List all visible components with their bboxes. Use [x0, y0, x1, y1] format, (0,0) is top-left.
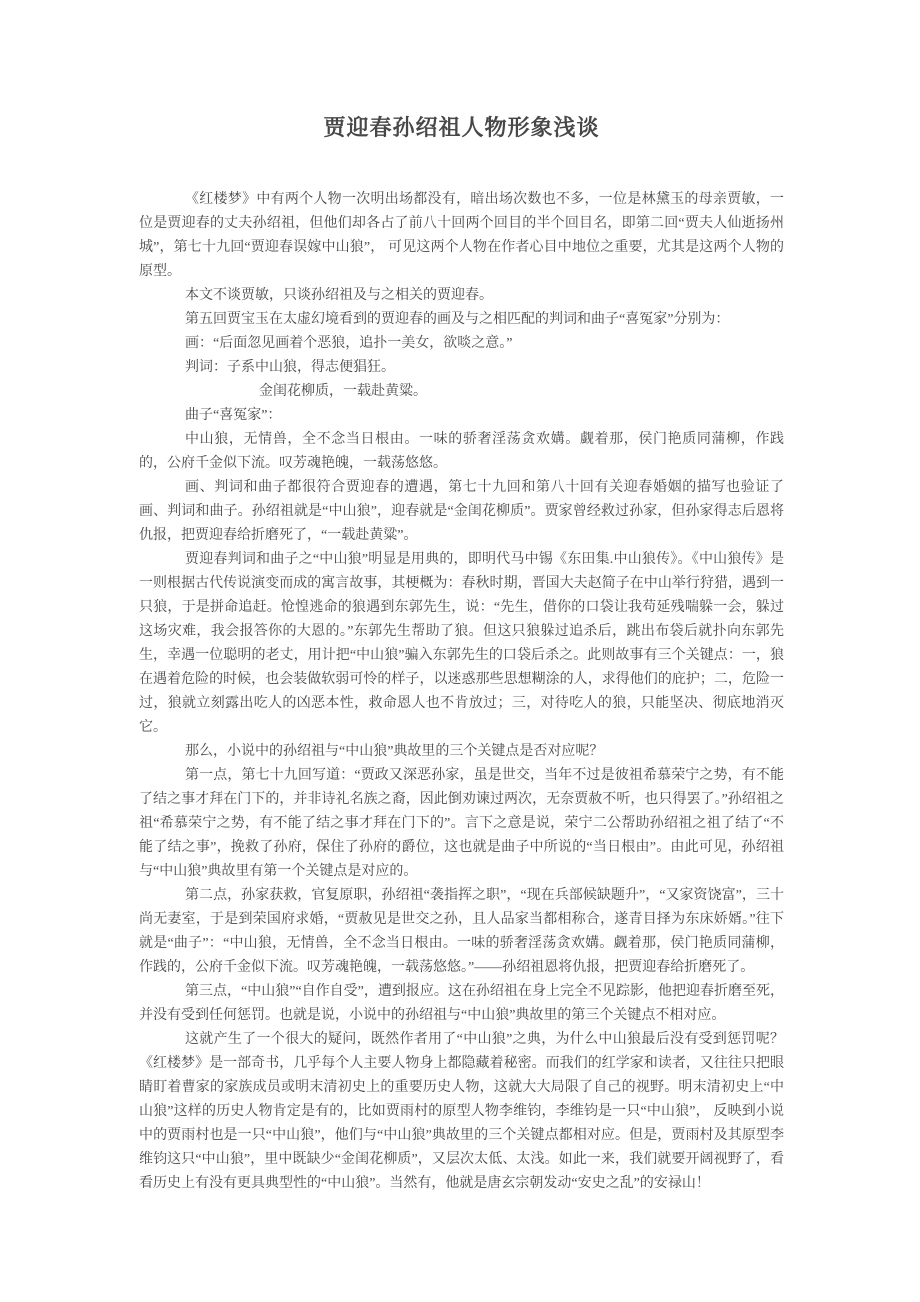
paragraph: 第三点，“中山狼”“自作自受”，遭到报应。这在孙绍祖在身上完全不见踪影，他把迎春… — [139, 980, 784, 1028]
paragraph: 那么，小说中的孙绍祖与“中山狼”典故里的三个关键点是否对应呢？ — [139, 740, 784, 764]
paragraph: 本文不谈贾敏，只谈孙绍祖及与之相关的贾迎春。 — [139, 284, 784, 308]
paragraph: 这就产生了一个很大的疑问，既然作者用了“中山狼”之典，为什么中山狼最后没有受到惩… — [139, 1028, 784, 1196]
document-page: 贾迎春孙绍祖人物形象浅谈 《红楼梦》中有两个人物一次明出场都没有，暗出场次数也不… — [0, 0, 920, 1302]
paragraph: 第一点，第七十九回写道：“贾政又深恶孙家，虽是世交，当年不过是彼祖希慕荣宁之势，… — [139, 764, 784, 884]
document-title: 贾迎春孙绍祖人物形象浅谈 — [139, 112, 784, 144]
paragraph-verse-line: 金闺花柳质，一载赴黄粱。 — [139, 380, 784, 404]
paragraph: 贾迎春判词和曲子之“中山狼”明显是用典的，即明代马中锡《东田集.中山狼传》。《中… — [139, 548, 784, 740]
paragraph: 第二点，孙家获救，官复原职，孙绍祖“袭指挥之职”，“现在兵部候缺题升”，“又家资… — [139, 884, 784, 980]
paragraph: 画、判词和曲子都很符合贾迎春的遭遇，第七十九回和第八十回有关迎春婚姻的描写也验证… — [139, 476, 784, 548]
paragraph: 画：“后面忽见画着个恶狼，追扑一美女，欲啖之意。” — [139, 332, 784, 356]
paragraph: 第五回贾宝玉在太虚幻境看到的贾迎春的画及与之相匹配的判词和曲子“喜冤家”分别为： — [139, 308, 784, 332]
paragraph: 中山狼，无情兽，全不念当日根由。一味的骄奢淫荡贪欢媾。觑着那，侯门艳质同蒲柳，作… — [139, 428, 784, 476]
paragraph: 曲子“喜冤家”： — [139, 404, 784, 428]
paragraph: 判词：子系中山狼，得志便猖狂。 — [139, 356, 784, 380]
document-body: 贾迎春孙绍祖人物形象浅谈 《红楼梦》中有两个人物一次明出场都没有，暗出场次数也不… — [139, 112, 784, 1196]
paragraph: 《红楼梦》中有两个人物一次明出场都没有，暗出场次数也不多，一位是林黛玉的母亲贾敏… — [139, 188, 784, 284]
